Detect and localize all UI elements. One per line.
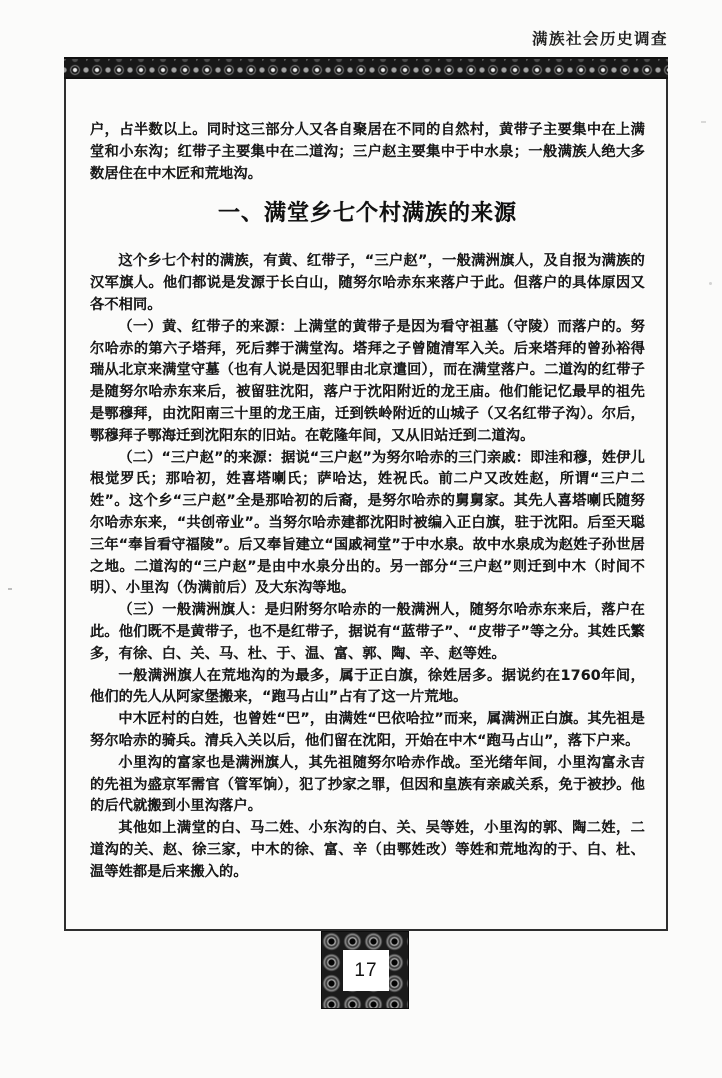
text-frame: 户，占半数以上。同时这三部分人又各自聚居在不同的自然村，黄带子主要集中在上满堂和… <box>64 79 668 931</box>
body-paragraph: 其他如上满堂的白、马二姓、小东沟的白、关、吴等姓，小里沟的郭、陶二姓，二道沟的关… <box>90 818 645 883</box>
body-paragraph: 中木匠村的白姓，也曾姓“巴”，由满姓“巴依哈拉”而来，属满洲正白旗。其先祖是努尔… <box>90 709 645 753</box>
body-paragraph: （三）一般满洲旗人：是归附努尔哈赤的一般满洲人，随努尔哈赤东来后，落户在此。他们… <box>90 600 645 665</box>
page-number-ornament: 17 <box>321 931 409 1009</box>
body-paragraph: （一）黄、红带子的来源：上满堂的黄带子是因为看守祖墓（守陵）而落户的。努尔哈赤的… <box>90 317 645 448</box>
body-paragraph: 这个乡七个村的满族，有黄、红带子，“三户赵”，一般满洲旗人，及自报为满族的汉军旗… <box>90 251 645 316</box>
page-number-box: 17 <box>343 950 389 991</box>
body-paragraph: （二）“三户赵”的来源：据说“三户赵”为努尔哈赤的三门亲戚：即洼和穆，姓伊儿根觉… <box>90 448 645 601</box>
scan-speck <box>701 121 706 123</box>
running-head-title: 满族社会历史调查 <box>532 27 668 49</box>
scanned-book-page: 满族社会历史调查 户，占半数以上。同时这三部分人又各自聚居在不同的自然村，黄带子… <box>0 0 722 1078</box>
body-paragraph: 一般满洲旗人在荒地沟的为最多，属于正白旗，徐姓居多。据说约在1760年间，他们的… <box>90 666 645 710</box>
page-number: 17 <box>354 960 377 982</box>
scan-speck <box>709 282 712 285</box>
section-title: 一、满堂乡七个村满族的来源 <box>90 199 645 229</box>
intro-paragraph: 户，占半数以上。同时这三部分人又各自聚居在不同的自然村，黄带子主要集中在上满堂和… <box>90 120 645 185</box>
decorative-border-band <box>64 57 668 79</box>
body-paragraph: 小里沟的富家也是满洲旗人，其先祖随努尔哈赤作战。至光绪年间，小里沟富永吉的先祖为… <box>90 753 645 818</box>
scan-speck <box>8 588 12 590</box>
